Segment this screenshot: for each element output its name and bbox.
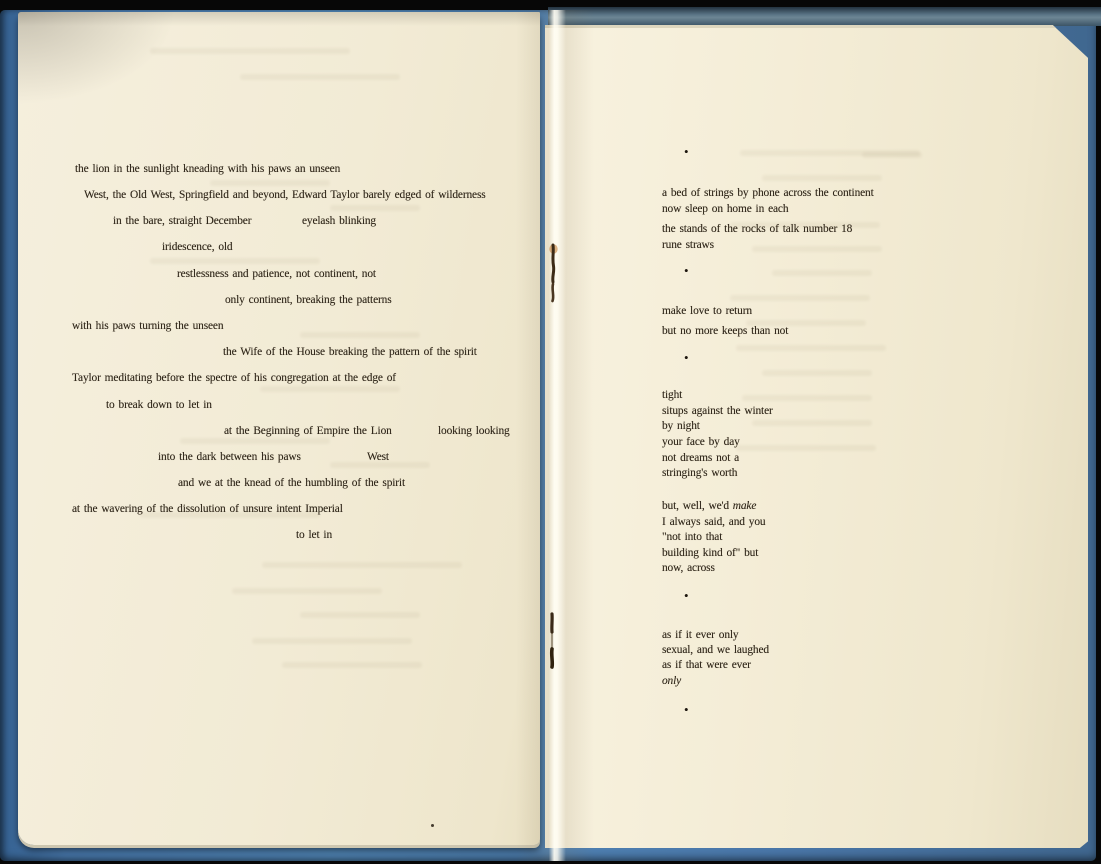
poem-line: now sleep on home in each <box>662 201 788 215</box>
show-through-line <box>762 370 872 376</box>
ink-speck <box>431 824 434 827</box>
poem-line: only continent, breaking the patterns <box>225 292 392 306</box>
show-through-line <box>736 445 876 451</box>
poem-line: as if that were ever <box>662 657 751 671</box>
show-through-line <box>762 175 882 181</box>
show-through-line <box>232 588 382 594</box>
binding-thread-top <box>546 242 560 304</box>
poem-line: Taylor meditating before the spectre of … <box>72 370 396 384</box>
poem-line: to let in <box>296 527 332 541</box>
poem-line: and we at the knead of the humbling of t… <box>178 475 405 489</box>
binding-thread-bottom <box>545 612 559 670</box>
poem-line: sexual, and we laughed <box>662 642 769 656</box>
show-through-line <box>330 462 430 468</box>
poem-line: building kind of" but <box>662 545 758 559</box>
poem-line-segment: but, well, we'd <box>662 498 729 512</box>
show-through-line <box>752 420 872 426</box>
right-page <box>545 25 1088 848</box>
bullet-separator: • <box>684 145 689 158</box>
poem-line-italic: only <box>662 673 681 687</box>
show-through-line <box>140 512 320 518</box>
poem-line: iridescence, old <box>162 239 232 253</box>
poem-line: West, the Old West, Springfield and beyo… <box>84 187 486 201</box>
poem-line: tight <box>662 387 682 401</box>
poem-line: the Wife of the House breaking the patte… <box>223 344 477 358</box>
poem-line: a bed of strings by phone across the con… <box>662 185 874 199</box>
poem-line: by night <box>662 418 700 432</box>
poem-line: into the dark between his paws <box>158 449 301 463</box>
show-through-line <box>210 180 330 186</box>
poem-line: rune straws <box>662 237 714 251</box>
show-through-line <box>862 152 922 158</box>
poem-line: restlessness and patience, not continent… <box>177 266 376 280</box>
poem-line: your face by day <box>662 434 740 448</box>
poem-line-segment: looking looking <box>438 423 510 437</box>
poem-line: make love to return <box>662 303 752 317</box>
show-through-line <box>282 662 422 668</box>
book-cover-top-edge <box>548 7 1101 26</box>
show-through-line <box>300 612 420 618</box>
bullet-separator: • <box>684 351 689 364</box>
show-through-line <box>730 295 870 301</box>
show-through-line <box>262 562 462 568</box>
poem-line: situps against the winter <box>662 403 773 417</box>
bullet-separator: • <box>684 589 689 602</box>
show-through-line <box>752 246 882 252</box>
poem-line: "not into that <box>662 529 722 543</box>
poem-line-segment: eyelash blinking <box>302 213 376 227</box>
show-through-line <box>260 386 400 392</box>
poem-line: not dreams not a <box>662 450 739 464</box>
show-through-line <box>300 332 420 338</box>
poem-line: I always said, and you <box>662 514 765 528</box>
poem-line: now, across <box>662 560 715 574</box>
show-through-line <box>742 395 872 401</box>
show-through-line <box>730 222 880 228</box>
poem-line: stringing's worth <box>662 465 737 479</box>
poem-line: at the Beginning of Empire the Lion <box>224 423 392 437</box>
poem-line: as if it ever only <box>662 627 738 641</box>
show-through-line <box>772 270 872 276</box>
poem-line: but, well, we'dmake <box>662 498 756 512</box>
show-through-line <box>252 638 412 644</box>
poem-line-italic: make <box>733 498 756 512</box>
bullet-separator: • <box>684 703 689 716</box>
book-photo: the lion in the sunlight kneading with h… <box>0 0 1101 864</box>
poem-line: the lion in the sunlight kneading with h… <box>75 161 340 175</box>
poem-line: in the bare, straight December <box>113 213 251 227</box>
show-through-line <box>150 48 350 54</box>
show-through-line <box>240 74 400 80</box>
poem-line-segment: West <box>367 449 389 463</box>
show-through-line <box>330 205 420 211</box>
poem-line: with his paws turning the unseen <box>72 318 223 332</box>
show-through-line <box>746 320 866 326</box>
show-through-line <box>180 438 330 444</box>
show-through-line <box>150 258 320 264</box>
show-through-line <box>736 345 886 351</box>
bullet-separator: • <box>684 264 689 277</box>
poem-line: to break down to let in <box>106 397 212 411</box>
